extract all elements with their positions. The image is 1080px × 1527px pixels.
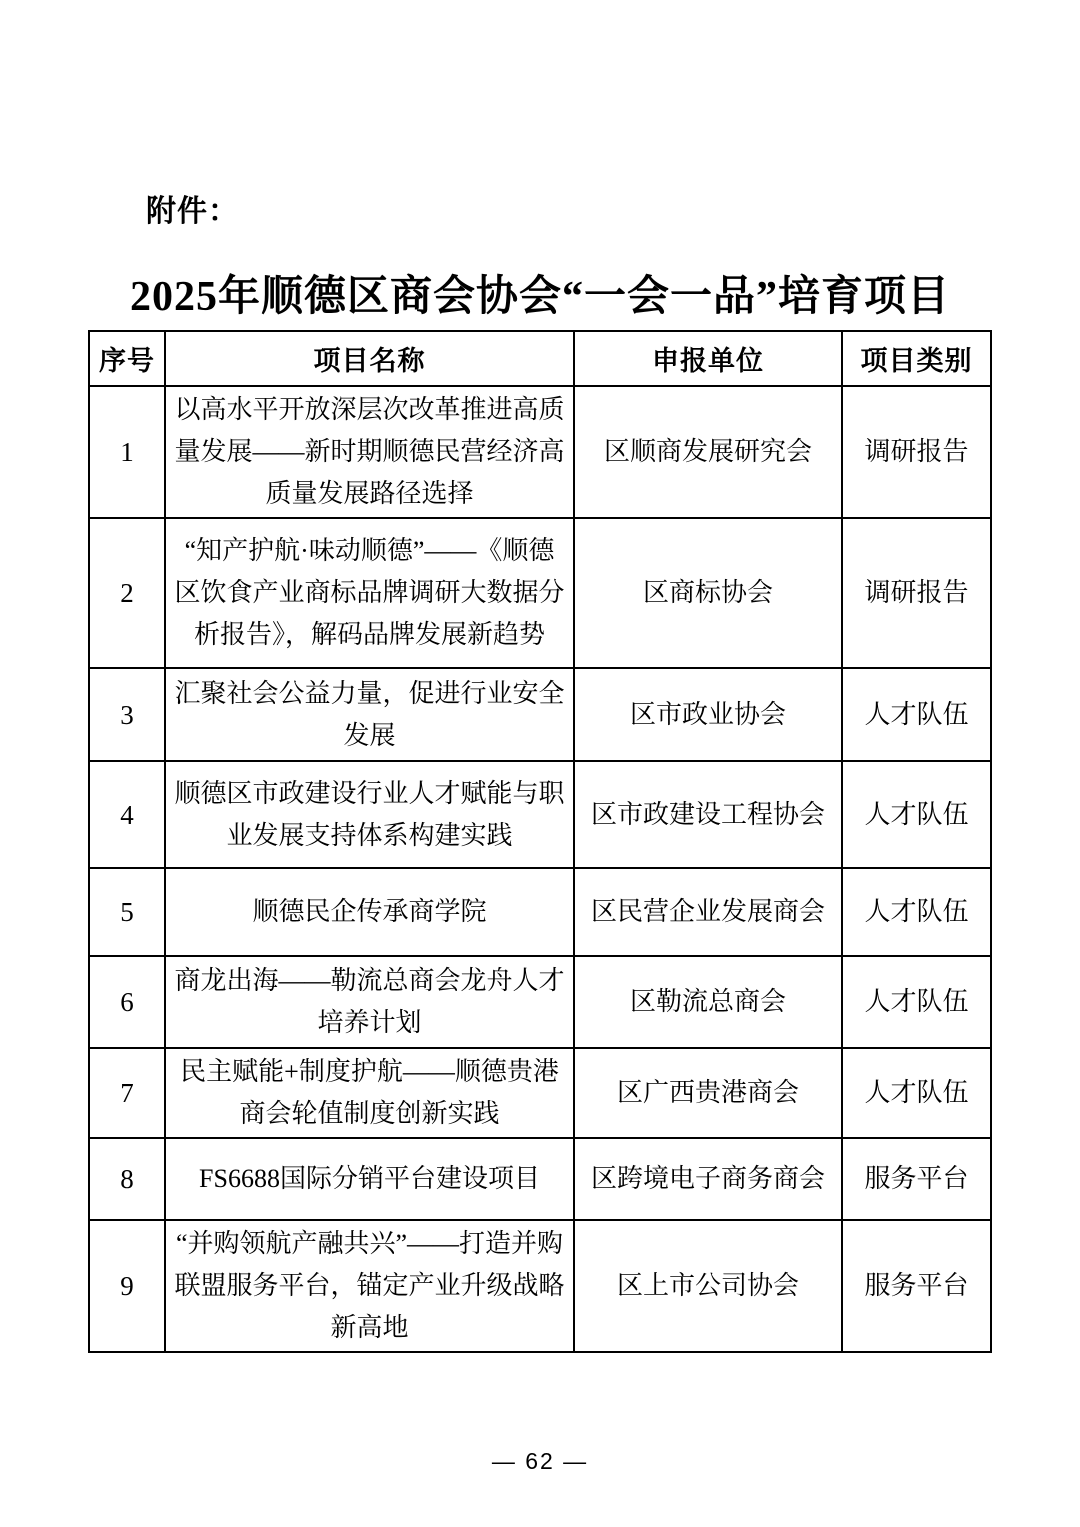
table-row: 5 顺德民企传承商学院 区民营企业发展商会 人才队伍 <box>89 868 991 956</box>
document-page: 附件： 2025年顺德区商会协会“一会一品”培育项目 序号 项目名称 申报单位 … <box>0 0 1080 1527</box>
table-row: 8 FS6688国际分销平台建设项目 区跨境电子商务商会 服务平台 <box>89 1138 991 1220</box>
project-name-cell: 商龙出海——勒流总商会龙舟人才培养计划 <box>165 956 574 1048</box>
project-category-cell: 人才队伍 <box>842 668 991 761</box>
project-name-cell: 民主赋能+制度护航——顺德贵港商会轮值制度创新实践 <box>165 1048 574 1138</box>
serial-number-cell: 8 <box>89 1138 165 1220</box>
applicant-unit-cell: 区勒流总商会 <box>574 956 842 1048</box>
table-header-row: 序号 项目名称 申报单位 项目类别 <box>89 331 991 386</box>
project-name-cell: “并购领航产融共兴”——打造并购联盟服务平台，锚定产业升级战略新高地 <box>165 1220 574 1352</box>
project-category-cell: 调研报告 <box>842 518 991 668</box>
table-row: 7 民主赋能+制度护航——顺德贵港商会轮值制度创新实践 区广西贵港商会 人才队伍 <box>89 1048 991 1138</box>
table-row: 3 汇聚社会公益力量，促进行业安全发展 区市政业协会 人才队伍 <box>89 668 991 761</box>
applicant-unit-cell: 区上市公司协会 <box>574 1220 842 1352</box>
project-category-cell: 人才队伍 <box>842 868 991 956</box>
applicant-unit-cell: 区市政建设工程协会 <box>574 761 842 868</box>
serial-number-cell: 7 <box>89 1048 165 1138</box>
project-category-cell: 人才队伍 <box>842 1048 991 1138</box>
col-header-applicant-unit: 申报单位 <box>574 331 842 386</box>
serial-number-cell: 6 <box>89 956 165 1048</box>
serial-number-cell: 4 <box>89 761 165 868</box>
table-row: 4 顺德区市政建设行业人才赋能与职业发展支持体系构建实践 区市政建设工程协会 人… <box>89 761 991 868</box>
project-category-cell: 人才队伍 <box>842 956 991 1048</box>
project-category-cell: 人才队伍 <box>842 761 991 868</box>
table-row: 6 商龙出海——勒流总商会龙舟人才培养计划 区勒流总商会 人才队伍 <box>89 956 991 1048</box>
project-category-cell: 服务平台 <box>842 1220 991 1352</box>
page-number: — 62 — <box>0 1448 1080 1475</box>
applicant-unit-cell: 区民营企业发展商会 <box>574 868 842 956</box>
serial-number-cell: 5 <box>89 868 165 956</box>
project-name-cell: “知产护航·味动顺德”——《顺德区饮食产业商标品牌调研大数据分析报告》，解码品牌… <box>165 518 574 668</box>
applicant-unit-cell: 区跨境电子商务商会 <box>574 1138 842 1220</box>
projects-table: 序号 项目名称 申报单位 项目类别 1 以高水平开放深层次改革推进高质量发展——… <box>88 330 992 1353</box>
project-name-cell: 汇聚社会公益力量，促进行业安全发展 <box>165 668 574 761</box>
project-name-cell: 顺德民企传承商学院 <box>165 868 574 956</box>
serial-number-cell: 2 <box>89 518 165 668</box>
table-row: 9 “并购领航产融共兴”——打造并购联盟服务平台，锚定产业升级战略新高地 区上市… <box>89 1220 991 1352</box>
applicant-unit-cell: 区商标协会 <box>574 518 842 668</box>
applicant-unit-cell: 区顺商发展研究会 <box>574 386 842 518</box>
applicant-unit-cell: 区广西贵港商会 <box>574 1048 842 1138</box>
serial-number-cell: 9 <box>89 1220 165 1352</box>
col-header-project-name: 项目名称 <box>165 331 574 386</box>
project-name-cell: 顺德区市政建设行业人才赋能与职业发展支持体系构建实践 <box>165 761 574 868</box>
table-row: 2 “知产护航·味动顺德”——《顺德区饮食产业商标品牌调研大数据分析报告》，解码… <box>89 518 991 668</box>
table-row: 1 以高水平开放深层次改革推进高质量发展——新时期顺德民营经济高质量发展路径选择… <box>89 386 991 518</box>
page-title: 2025年顺德区商会协会“一会一品”培育项目 <box>0 268 1080 326</box>
project-category-cell: 服务平台 <box>842 1138 991 1220</box>
applicant-unit-cell: 区市政业协会 <box>574 668 842 761</box>
attachment-label: 附件： <box>146 192 239 232</box>
project-name-cell: 以高水平开放深层次改革推进高质量发展——新时期顺德民营经济高质量发展路径选择 <box>165 386 574 518</box>
col-header-project-category: 项目类别 <box>842 331 991 386</box>
project-name-cell: FS6688国际分销平台建设项目 <box>165 1138 574 1220</box>
col-header-serial: 序号 <box>89 331 165 386</box>
serial-number-cell: 3 <box>89 668 165 761</box>
serial-number-cell: 1 <box>89 386 165 518</box>
project-category-cell: 调研报告 <box>842 386 991 518</box>
